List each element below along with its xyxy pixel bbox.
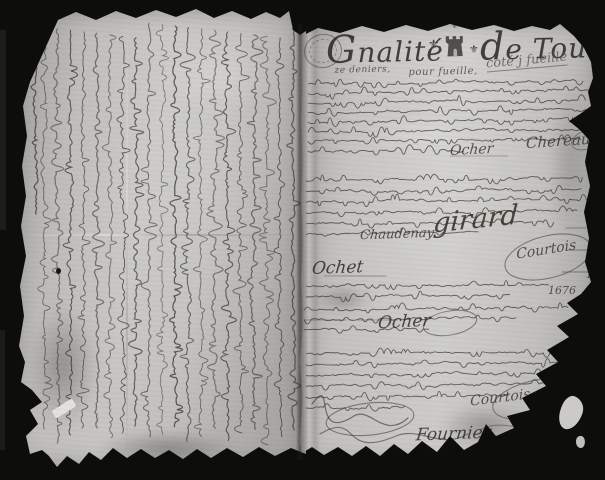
per-sheet-print: pour fueille, [408, 66, 478, 78]
scan-edge [0, 330, 5, 450]
year-note: 1676 [548, 284, 576, 297]
signature-fournier: Fournier [415, 423, 492, 446]
scan-edge [0, 30, 6, 230]
tower-icon [442, 30, 469, 59]
signature-ocher-entry3: Ocher [377, 311, 431, 334]
page-hole [516, 423, 535, 461]
page-hole [497, 445, 508, 460]
manuscript-scan: Gnalité ⚜ ⚜ ⚜ de Tours ze deniers, pour … [0, 0, 605, 480]
signature-ocher-entry1: Ocher [449, 141, 494, 159]
paper-fragment [555, 393, 586, 432]
signature-chaudenay: Chaudenay [359, 226, 434, 244]
fleur-left-icon: ⚜ [428, 37, 440, 52]
fleur-right-icon: ⚜ [469, 43, 479, 56]
left-page [8, 6, 306, 472]
paper-fragment [575, 435, 586, 448]
signature-ochet: Ochet [311, 257, 364, 279]
tax-rate-print: ze deniers, [334, 65, 391, 76]
printed-header: Gnalité ⚜ ⚜ ⚜ de Tours ze deniers, pour … [299, 14, 600, 82]
handwriting-texture-left [8, 6, 306, 472]
ink-blot [56, 268, 61, 274]
right-page: Gnalité ⚜ ⚜ ⚜ de Tours ze deniers, pour … [300, 20, 602, 468]
year-note-partial: 167 [586, 270, 605, 281]
